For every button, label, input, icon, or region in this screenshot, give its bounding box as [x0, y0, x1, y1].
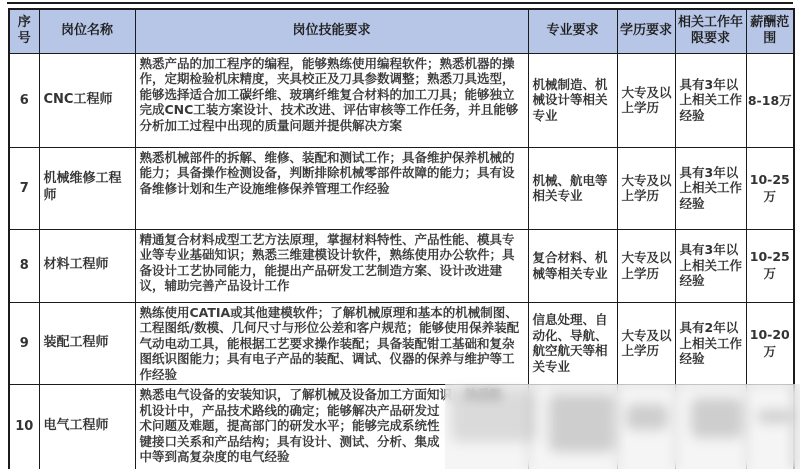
top-divider-line: [7, 2, 793, 4]
cell-row-number: 8: [9, 229, 39, 302]
cell-salary-range: 10-25万: [746, 229, 794, 302]
cell-education-requirement: 大专及以上学历: [617, 302, 675, 385]
table-row: 7 机械维修工程师 熟悉机械部件的拆解、维修、装配和测试工作；具备维护保养机械的…: [9, 147, 794, 229]
cell-row-number: 7: [9, 147, 39, 229]
redacted-smudge: [691, 398, 743, 438]
redacted-smudge: [451, 390, 537, 442]
cell-experience-requirement: 具有2年以上相关工作经验: [675, 302, 746, 385]
cell-position-name: 材料工程师: [39, 229, 135, 302]
cell-skill-requirements: 熟悉机械部件的拆解、维修、装配和测试工作；具备维护保养机械的能力；具备操作检测设…: [135, 147, 528, 229]
redacted-smudge: [757, 410, 793, 423]
redacted-smudge: [626, 404, 668, 430]
col-header-major: 专业要求: [528, 9, 617, 53]
cell-major-requirement: 机械、航电等相关专业: [528, 147, 617, 229]
col-header-experience: 相关工作年限要求: [675, 9, 746, 53]
cell-education-requirement: 大专及以上学历: [617, 229, 675, 302]
cell-skill-requirements: 熟练使用CATIA或其他建模软件；了解机械原理和基本的机械制图、工程图纸/数模、…: [135, 302, 528, 385]
col-header-position: 岗位名称: [39, 9, 135, 53]
cell-position-name: 电气工程师: [39, 385, 135, 469]
cell-major-requirement: 机械制造、机械设计等相关专业: [528, 53, 617, 147]
cell-row-number: 6: [9, 53, 39, 147]
redacted-smudge: [549, 394, 615, 452]
cell-education-requirement: 大专及以上学历: [617, 53, 675, 147]
cell-experience-requirement: 具有3年以上相关工作经验: [675, 229, 746, 302]
cell-skill-requirements: 精通复合材料成型工艺方法原理，掌握材料特性、产品性能、模具专业等专业基础知识；熟…: [135, 229, 528, 302]
cell-position-name: 装配工程师: [39, 302, 135, 385]
table-row: 9 装配工程师 熟练使用CATIA或其他建模软件；了解机械原理和基本的机械制图、…: [9, 302, 794, 385]
page: 序号 岗位名称 岗位技能要求 专业要求 学历要求 相关工作年限要求 薪酬范围 6…: [0, 0, 800, 469]
cell-salary-range: 10-25万: [746, 147, 794, 229]
cell-salary-range: 8-18万: [746, 53, 794, 147]
col-header-no: 序号: [9, 9, 39, 53]
cell-experience-requirement: 具有3年以上相关工作经验: [675, 147, 746, 229]
cell-skill-requirements: 熟悉产品的加工程序的编程，能够熟练使用编程软件；熟悉机器的操作，定期检验机床精度…: [135, 53, 528, 147]
cell-experience-requirement: 具有3年以上相关工作经验: [675, 53, 746, 147]
col-header-education: 学历要求: [617, 9, 675, 53]
cell-major-requirement: 复合材料、机械等相关专业: [528, 229, 617, 302]
cell-position-name: 机械维修工程师: [39, 147, 135, 229]
col-header-salary: 薪酬范围: [746, 9, 794, 53]
cell-salary-range: 10-20万: [746, 302, 794, 385]
table-header-row: 序号 岗位名称 岗位技能要求 专业要求 学历要求 相关工作年限要求 薪酬范围: [9, 9, 794, 53]
cell-row-number: 9: [9, 302, 39, 385]
cell-row-number: 10: [9, 385, 39, 469]
cell-major-requirement: 信息处理、自动化、导航、航空航天等相关专业: [528, 302, 617, 385]
cell-education-requirement: 大专及以上学历: [617, 147, 675, 229]
cell-position-name: CNC工程师: [39, 53, 135, 147]
col-header-skills: 岗位技能要求: [135, 9, 528, 53]
table-row: 6 CNC工程师 熟悉产品的加工程序的编程，能够熟练使用编程软件；熟悉机器的操作…: [9, 53, 794, 147]
table-row: 8 材料工程师 精通复合材料成型工艺方法原理，掌握材料特性、产品性能、模具专业等…: [9, 229, 794, 302]
blur-redaction-overlay: [445, 384, 800, 469]
